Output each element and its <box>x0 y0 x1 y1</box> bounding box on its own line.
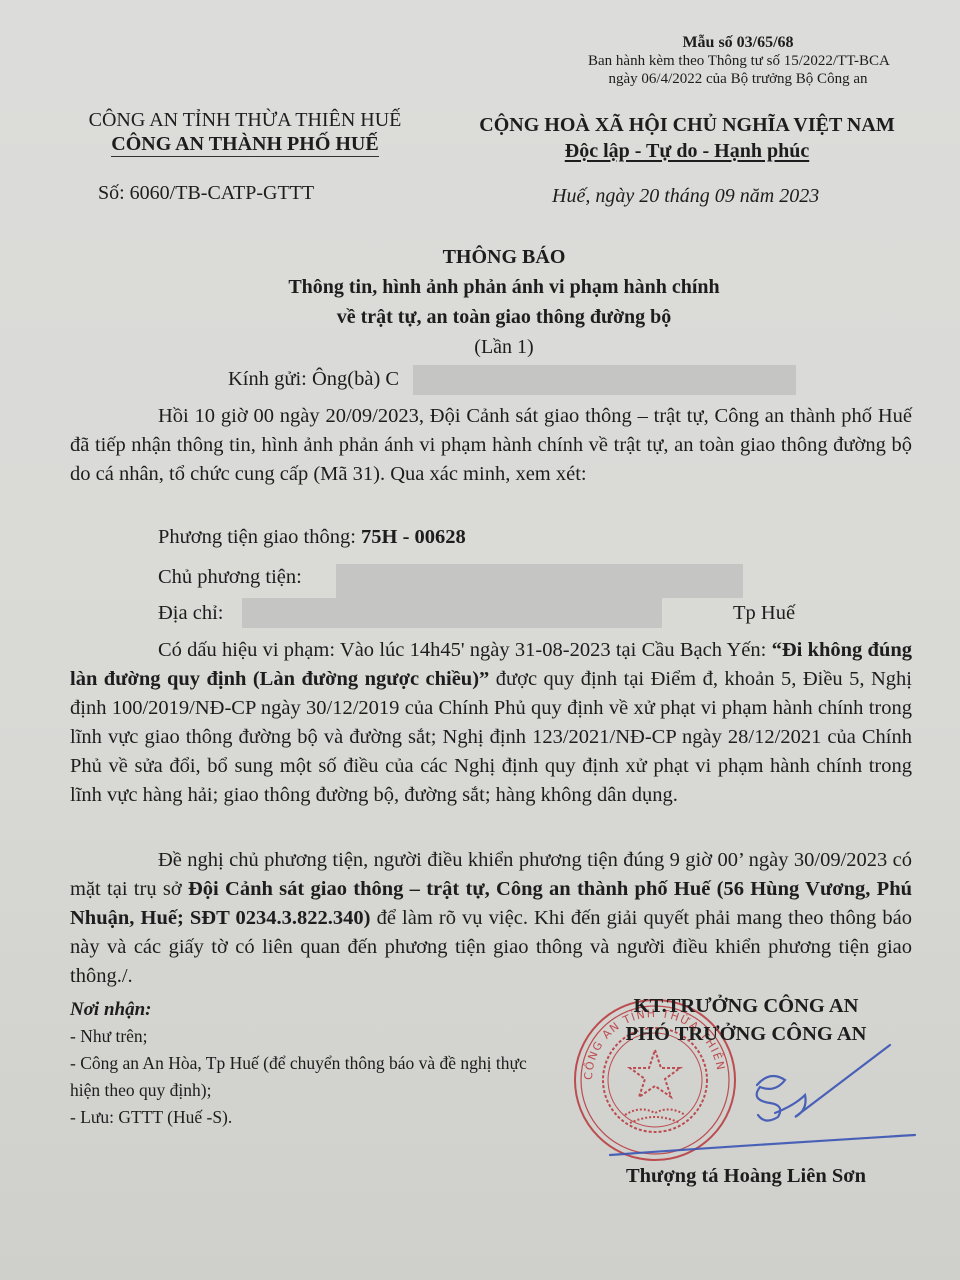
place-date: Huế, ngày 20 tháng 09 năm 2023 <box>552 185 819 208</box>
document-number: Số: 6060/TB-CATP-GTTT <box>98 182 314 205</box>
country-name: CỘNG HOÀ XÃ HỘI CHỦ NGHĨA VIỆT NAM <box>452 112 922 138</box>
document-title: THÔNG BÁO Thông tin, hình ảnh phản ánh v… <box>140 242 868 362</box>
recipient-item: - Lưu: GTTT (Huế -S). <box>70 1104 540 1131</box>
form-reference: Mẫu số 03/65/68 Ban hành kèm theo Thông … <box>588 34 888 88</box>
vehicle-plate: 75H - 00628 <box>361 526 466 548</box>
violation-lead: Có dấu hiệu vi phạm: Vào lúc 14h45' ngày… <box>158 639 772 661</box>
address-label: Địa chỉ: <box>158 602 223 625</box>
form-number: Mẫu số 03/65/68 <box>588 34 888 52</box>
redacted-owner <box>336 564 743 598</box>
form-issued-with: Ban hành kèm theo Thông tư số 15/2022/TT… <box>588 52 888 70</box>
agency-header: CÔNG AN TỈNH THỪA THIÊN HUẾ CÔNG AN THÀN… <box>60 108 430 157</box>
redacted-addressee <box>413 365 796 395</box>
title-subtitle-2: về trật tự, an toàn giao thông đường bộ <box>140 302 868 332</box>
recipients-heading: Nơi nhận: <box>70 996 540 1023</box>
recipients-block: Nơi nhận: - Như trên; - Công an An Hòa, … <box>70 996 540 1131</box>
request-paragraph: Đề nghị chủ phương tiện, người điều khiể… <box>70 846 912 991</box>
national-header: CỘNG HOÀ XÃ HỘI CHỦ NGHĨA VIỆT NAM Độc l… <box>452 112 922 164</box>
form-issued-date: ngày 06/4/2022 của Bộ trưởng Bộ Công an <box>588 70 888 88</box>
signature-line-1: KT.TRƯỞNG CÔNG AN <box>596 992 896 1020</box>
redacted-address <box>242 598 662 628</box>
vehicle-label: Phương tiện giao thông: <box>158 526 361 548</box>
title-subtitle-1: Thông tin, hình ảnh phản ánh vi phạm hàn… <box>140 272 868 302</box>
agency-name: CÔNG AN THÀNH PHỐ HUẾ <box>111 132 378 157</box>
signer-name: Thượng tá Hoàng Liên Sơn <box>596 1165 896 1188</box>
intro-paragraph: Hồi 10 giờ 00 ngày 20/09/2023, Đội Cảnh … <box>70 402 912 489</box>
title-occurrence: (Lần 1) <box>140 332 868 362</box>
address-suffix: Tp Huế <box>733 602 795 625</box>
title-heading: THÔNG BÁO <box>140 242 868 272</box>
recipient-item: - Công an An Hòa, Tp Huế (để chuyển thôn… <box>70 1050 540 1104</box>
handwritten-signature-icon <box>600 1025 920 1165</box>
vehicle-line: Phương tiện giao thông: 75H - 00628 <box>158 526 466 549</box>
owner-label: Chủ phương tiện: <box>158 566 302 589</box>
agency-parent: CÔNG AN TỈNH THỪA THIÊN HUẾ <box>60 108 430 132</box>
national-motto: Độc lập - Tự do - Hạnh phúc <box>452 138 922 164</box>
violation-paragraph: Có dấu hiệu vi phạm: Vào lúc 14h45' ngày… <box>70 636 912 810</box>
addressee-label: Kính gửi: Ông(bà) C <box>228 368 399 391</box>
recipient-item: - Như trên; <box>70 1023 540 1050</box>
